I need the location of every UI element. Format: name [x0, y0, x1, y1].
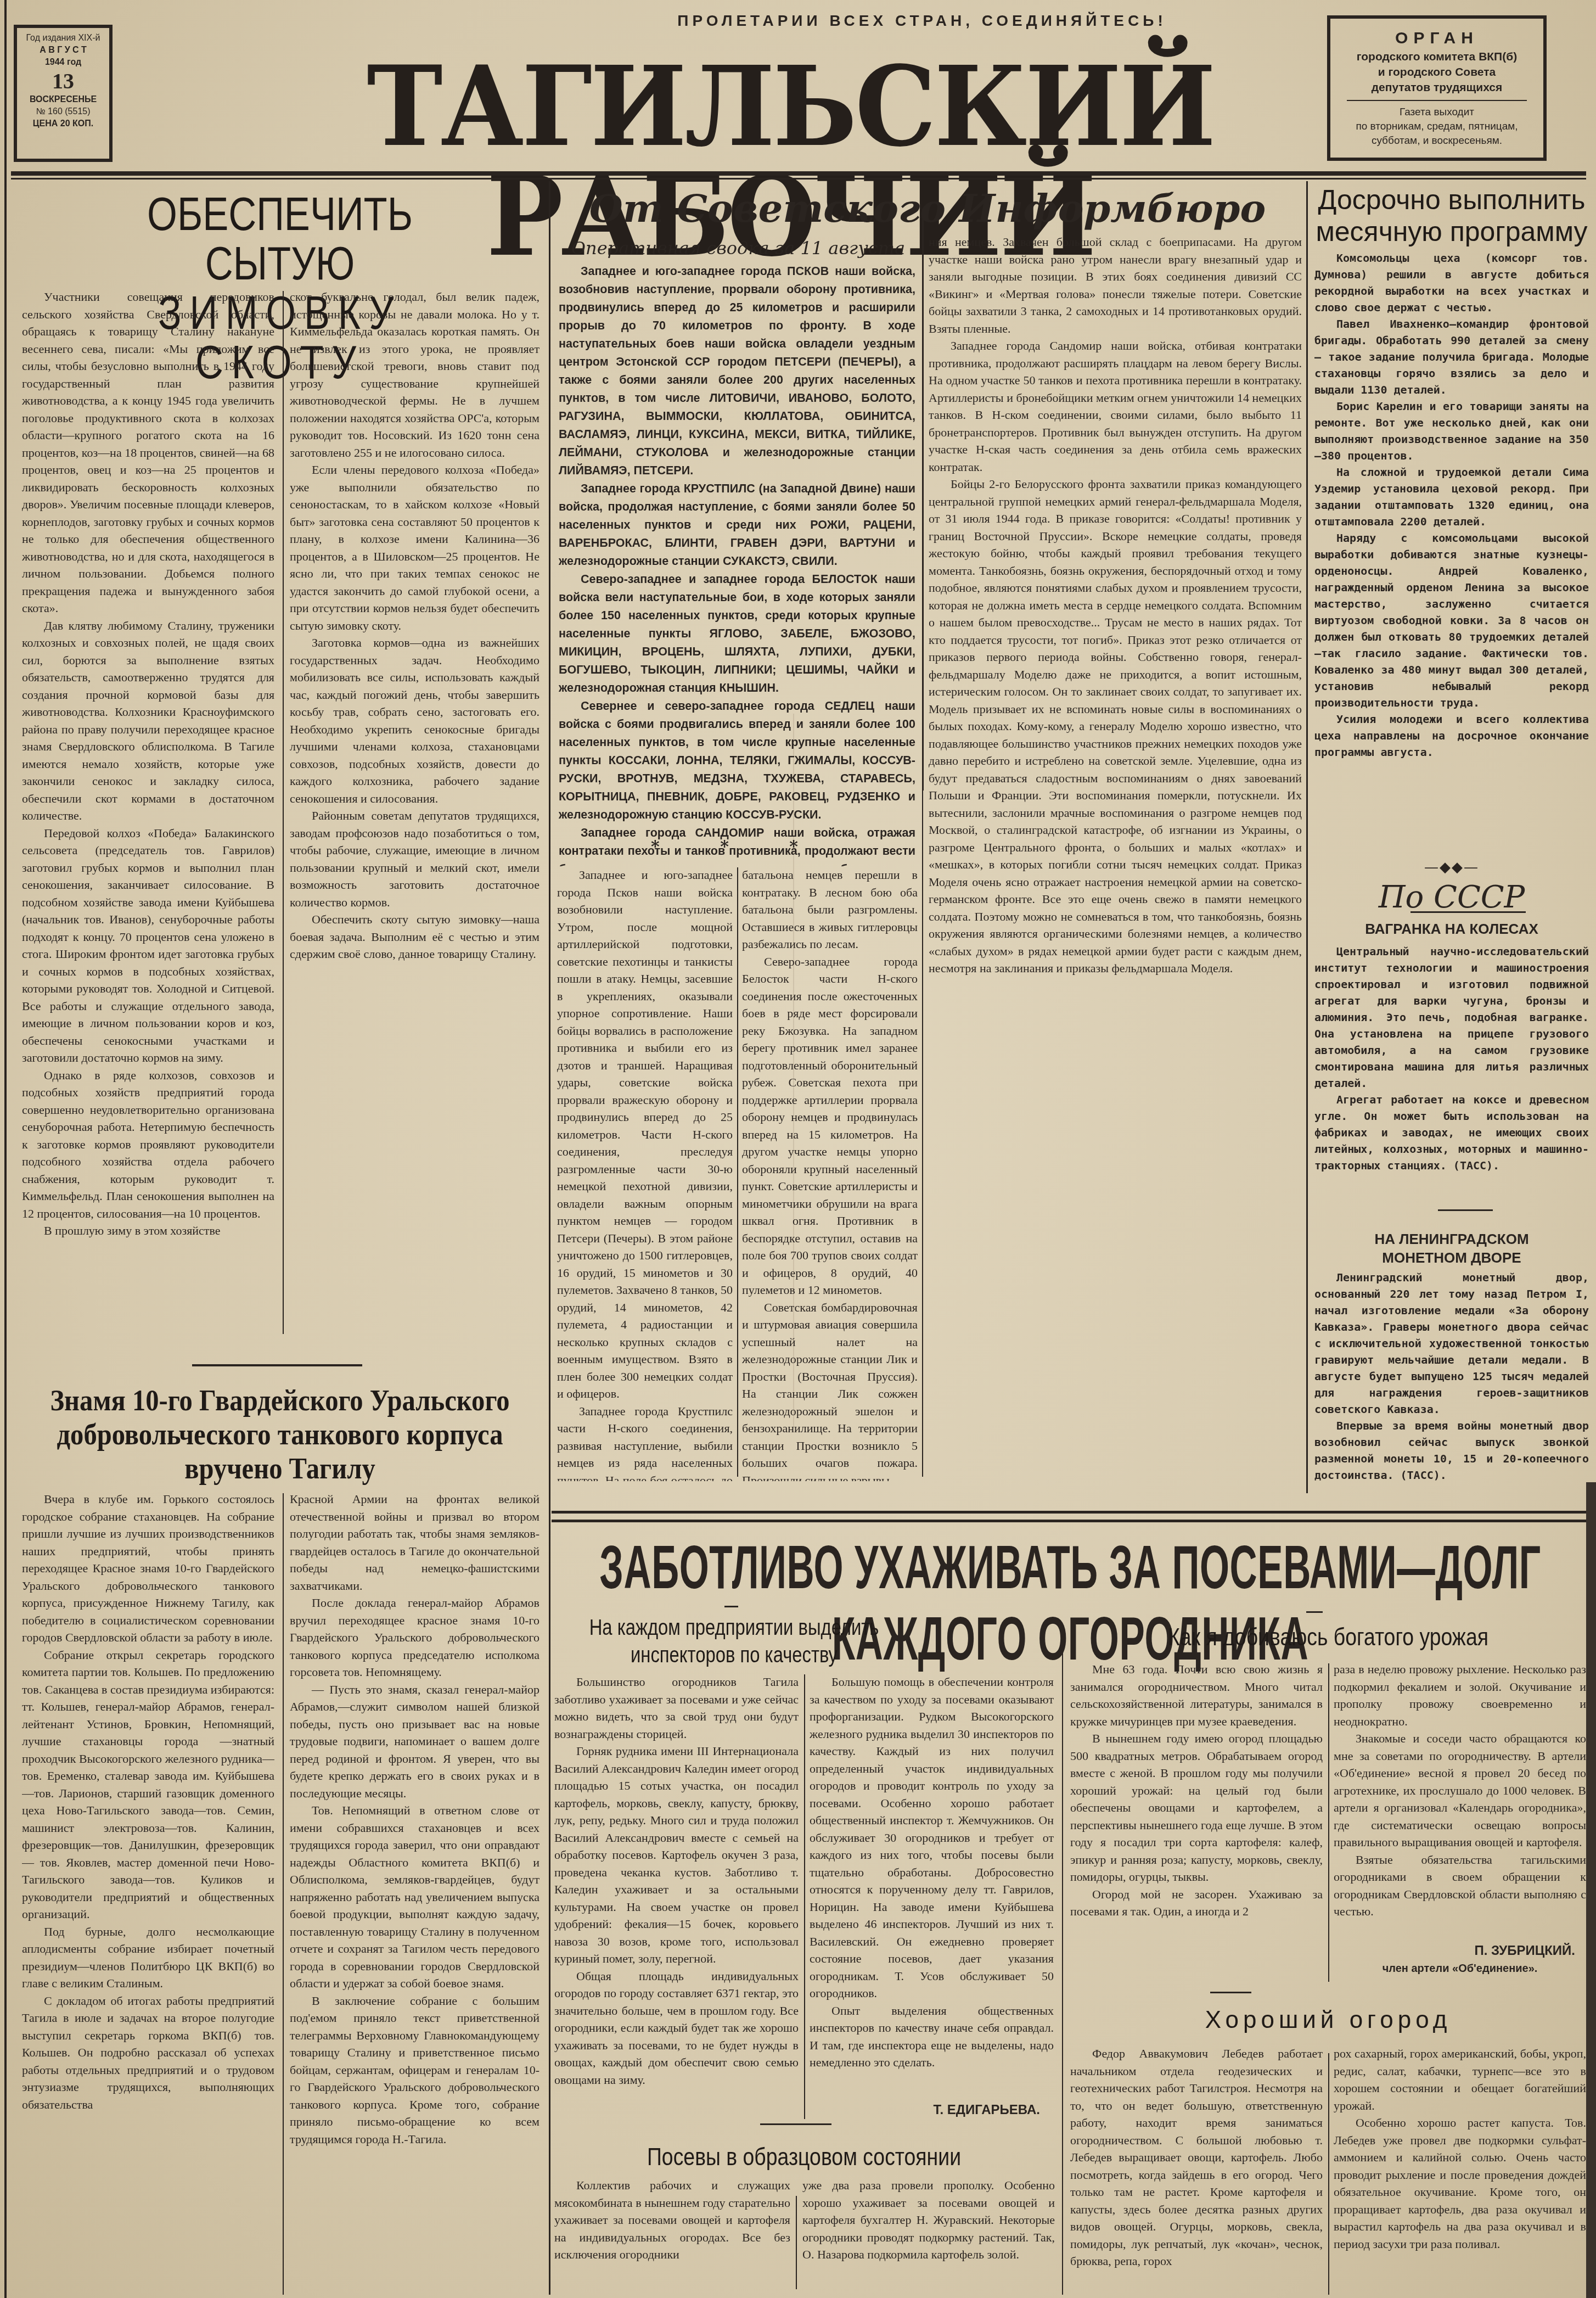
- guards-column-1: Вчера в клубе им. Горького состоялось го…: [22, 1490, 274, 2292]
- publisher-box: ОРГАН городского комитета ВКП(б) и город…: [1327, 15, 1547, 161]
- schedule-days: по вторникам, средам, пятницам, субботам…: [1336, 120, 1538, 148]
- ussr-item-1-title: ВАГРАНКА НА КОЛЕСАХ: [1314, 920, 1589, 938]
- guards-headline-line-3: вручено Тагилу: [48, 1451, 512, 1486]
- harvest-headline: Как я добиваюсь богатого урожая: [1106, 1622, 1550, 1653]
- inspectors-headline: На каждом предприятии выделить инспектор…: [585, 1614, 884, 1669]
- sovinform-column-c: ния немцев. Захвачен большой склад с бое…: [929, 233, 1302, 1479]
- issue-day: 13: [19, 69, 107, 94]
- paragraph: Бойцы 2-го Белорусского фронта захватили…: [929, 475, 1302, 977]
- inspectors-author: Т. ЕДИГАРЬЕВА.: [810, 2103, 1040, 2118]
- garden-column-1: Федор Аввакумович Лебедев работает начал…: [1070, 2045, 1323, 2295]
- garden-headline: Хороший огород: [1067, 2004, 1589, 2037]
- paragraph: Коллектив рабочих и служащих мясокомбина…: [554, 2177, 790, 2263]
- paragraph: Собрание открыл секретарь городского ком…: [22, 1646, 274, 1923]
- sovinform-headline: От Советского Информбюро: [554, 184, 1301, 233]
- livestock-headline-line-1: ОБЕСПЕЧИТЬ СЫТУЮ: [69, 189, 492, 288]
- column-rule: [549, 181, 550, 1493]
- paragraph: Большую помощь в обеспечении контроля за…: [810, 1673, 1054, 2002]
- paragraph: Тов. Непомнящий в ответном слове от имен…: [290, 1802, 540, 1992]
- issue-price: ЦЕНА 20 КОП.: [19, 118, 107, 130]
- guards-headline-line-2: добровольческого танкового корпуса: [48, 1417, 512, 1451]
- inspectors-headline-line-1: На каждом предприятии выделить: [585, 1614, 884, 1641]
- ussr-item-2-title: НА ЛЕНИНГРАДСКОМ МОНЕТНОМ ДВОРЕ: [1314, 1230, 1589, 1267]
- paragraph: Усилия молодежи и всего коллектива цеха …: [1314, 711, 1589, 760]
- section-divider: [1210, 1992, 1251, 1993]
- issue-year: 1944 год: [19, 57, 107, 69]
- column-rule: [1328, 2053, 1329, 2295]
- column-rule: [804, 1674, 805, 2119]
- column-rule: [796, 2196, 797, 2289]
- paragraph: Западнее и юго-западнее города Псков наш…: [557, 866, 733, 1403]
- paragraph: Западнее города Крустпилс части Н-ского …: [557, 1403, 733, 1482]
- paragraph: Вчера в клубе им. Горького состоялось го…: [22, 1490, 274, 1646]
- paragraph: Особенно хорошо растет капуста. Тов. Леб…: [1334, 2114, 1586, 2252]
- ussr-item-1-body: Центральный научно-исследовательский инс…: [1314, 943, 1589, 1207]
- bulletin-paragraph: Западнее города КРУСТПИЛС (на Западной Д…: [559, 480, 915, 570]
- sovinform-column-b: батальона немцев перешли в контратаку. В…: [742, 866, 918, 1481]
- paragraph: Агрегат работает на коксе и древесном уг…: [1314, 1091, 1589, 1174]
- paragraph: После доклада генерал-майор Абрамов вруч…: [290, 1594, 540, 1681]
- inspectors-column-2: Большую помощь в обеспечении контроля за…: [810, 1673, 1054, 2082]
- sowings-column-1: Коллектив рабочих и служащих мясокомбина…: [554, 2177, 790, 2295]
- issue-date-box: Год издания XIX-й А В Г У С Т 1944 год 1…: [14, 25, 113, 162]
- paragraph: ния немцев. Захвачен большой склад с бое…: [929, 233, 1302, 337]
- paragraph: Федор Аввакумович Лебедев работает начал…: [1070, 2045, 1323, 2270]
- paragraph: Большинство огородников Тагила заботливо…: [554, 1673, 799, 1742]
- masthead-slogan: ПРОЛЕТАРИИ ВСЕХ СТРАН, СОЕДИНЯЙТЕСЬ!: [648, 12, 1196, 30]
- paragraph: Опыт выделения общественных инспекторов …: [810, 2002, 1054, 2071]
- monthly-headline: Досрочно выполнить месячную программу: [1314, 184, 1589, 248]
- harvest-author-title: член артели «Об'единение».: [1334, 1963, 1586, 1975]
- paragraph: В нынешнем году имею огород площадью 500…: [1070, 1730, 1323, 1886]
- sovinform-subheadline: Оперативная сводка за 11 августа: [554, 237, 922, 259]
- paragraph: С докладом об итогах работы предприятий …: [22, 1992, 274, 2114]
- paragraph: Районным советам депутатов трудящихся, з…: [290, 807, 540, 911]
- monthly-headline-line-1: Досрочно выполнить: [1314, 184, 1589, 216]
- paragraph: Борис Карелин и его товарищи заняты на р…: [1314, 398, 1589, 464]
- guards-headline-line-1: Знамя 10-го Гвардейского Уральского: [48, 1383, 512, 1417]
- paragraph: Дав клятву любимому Сталину, труженики к…: [22, 617, 274, 825]
- section-divider: [1306, 1611, 1323, 1613]
- column-rule: [283, 291, 284, 1334]
- paragraph: Взятые обязательства тагильскими огородн…: [1334, 1851, 1586, 1920]
- schedule-title: Газета выходит: [1336, 105, 1538, 120]
- stars-separator: * * *: [554, 837, 922, 856]
- paragraph: Впервые за время войны монетный двор воз…: [1314, 1417, 1589, 1483]
- monthly-headline-line-2: месячную программу: [1314, 216, 1589, 248]
- ussr-item-2-title-line-1: НА ЛЕНИНГРАДСКОМ: [1314, 1230, 1589, 1248]
- sovinform-column-a: Западнее и юго-западнее города Псков наш…: [557, 866, 733, 1481]
- garden-column-2: рох сахарный, горох американский, бобы, …: [1334, 2045, 1586, 2295]
- paragraph: Под бурные, долго несмолкающие аплодисме…: [22, 1923, 274, 1992]
- organ-line-3: депутатов трудящихся: [1336, 80, 1538, 96]
- ussr-item-2-body: Ленинградский монетный двор, основанный …: [1314, 1269, 1589, 1483]
- column-rule: [922, 791, 923, 1477]
- banner-rule-bottom: [552, 1520, 1589, 1522]
- guards-column-2: Красной Армии на фронтах великой отечест…: [290, 1490, 540, 2292]
- livestock-column-2: скот буквально голодал, был велик падеж,…: [290, 288, 540, 1342]
- paragraph: Заготовка кормов—одна из важнейших госуд…: [290, 634, 540, 807]
- guards-banner-headline: Знамя 10-го Гвардейского Уральского добр…: [48, 1383, 512, 1486]
- paragraph: — Пусть это знамя, сказал генерал-майор …: [290, 1681, 540, 1802]
- sowings-headline: Посевы в образцовом состоянии: [589, 2141, 1019, 2174]
- paragraph: Павел Ивахненко—командир фронтовой брига…: [1314, 316, 1589, 398]
- paragraph: Если члены передового колхоза «Победа» у…: [290, 461, 540, 634]
- paragraph: скот буквально голодал, был велик падеж,…: [290, 288, 540, 461]
- newspaper-page: Год издания XIX-й А В Г У С Т 1944 год 1…: [0, 0, 1596, 2298]
- paragraph: Участники совещания передовиков сельског…: [22, 288, 274, 617]
- section-divider: [1438, 1209, 1493, 1211]
- column-rule: [737, 867, 738, 1477]
- section-underline: [1410, 911, 1526, 913]
- harvest-author: П. ЗУБРИЦКИЙ.: [1334, 1943, 1575, 1959]
- banner-rule-top: [552, 1511, 1589, 1514]
- paragraph: Знакомые и соседи часто обращаются ко мн…: [1334, 1730, 1586, 1851]
- paragraph: Горняк рудника имени III Интернационала …: [554, 1742, 799, 1968]
- column-rule: [549, 1493, 550, 2295]
- paragraph: Комсомольцы цеха (комсорг тов. Думнова) …: [1314, 250, 1589, 316]
- inspectors-column-1: Большинство огородников Тагила заботливо…: [554, 1673, 799, 2123]
- year-of-issue: Год издания XIX-й: [19, 32, 107, 44]
- bulletin-paragraph: Западнее и юго-западнее города ПСКОВ наш…: [559, 262, 915, 480]
- page-edge-rule: [4, 0, 7, 2298]
- column-rule: [283, 1493, 284, 2295]
- paragraph: раза в неделю провожу рыхление. Нескольк…: [1334, 1661, 1586, 1730]
- paragraph: Красной Армии на фронтах великой отечест…: [290, 1490, 540, 1594]
- paragraph: На сложной и трудоемкой детали Сима Узде…: [1314, 464, 1589, 530]
- livestock-column-1: Участники совещания передовиков сельског…: [22, 288, 274, 1342]
- paragraph: Огород мой не засорен. Ухаживаю за посев…: [1070, 1886, 1323, 1920]
- section-divider: [724, 1606, 738, 1607]
- diamond-ornament-icon: —◆◆—: [1314, 859, 1589, 876]
- ussr-item-2-title-line-2: МОНЕТНОМ ДВОРЕ: [1314, 1248, 1589, 1267]
- masthead-rule-thick: [11, 171, 1586, 176]
- organ-label: ОРГАН: [1336, 27, 1538, 49]
- paragraph: Ленинградский монетный двор, основанный …: [1314, 1269, 1589, 1417]
- paragraph: рох сахарный, горох американский, бобы, …: [1334, 2045, 1586, 2114]
- paragraph: уже два раза провели прополку. Особенно …: [802, 2177, 1055, 2263]
- organ-line-1: городского комитета ВКП(б): [1336, 49, 1538, 65]
- column-rule: [922, 209, 924, 791]
- sowings-column-2: уже два раза провели прополку. Особенно …: [802, 2177, 1055, 2295]
- monthly-body: Комсомольцы цеха (комсорг тов. Думнова) …: [1314, 250, 1589, 848]
- paragraph: В прошлую зиму в этом хозяйстве: [22, 1222, 274, 1240]
- column-rule: [1306, 181, 1308, 1493]
- bulletin-paragraph: Севернее и северо-западнее города СЕДЛЕЦ…: [559, 697, 915, 824]
- paragraph: В заключение собрание с большим под'емом…: [290, 1992, 540, 2148]
- issue-number: № 160 (5515): [19, 106, 107, 118]
- page-edge-shadow: [1586, 1482, 1596, 2298]
- column-rule: [1062, 1625, 1063, 2295]
- inspectors-headline-line-2: инспекторов по качеству: [585, 1641, 884, 1669]
- issue-weekday: ВОСКРЕСЕНЬЕ: [19, 94, 107, 106]
- section-divider: [192, 1364, 362, 1366]
- paragraph: Северо-западнее города Белосток части Н-…: [742, 953, 918, 1299]
- paragraph: Западнее города Сандомир наши войска, от…: [929, 337, 1302, 475]
- paragraph: Центральный научно-исследовательский инс…: [1314, 943, 1589, 1091]
- paragraph: Мне 63 года. Почти всю свою жизнь я зани…: [1070, 1661, 1323, 1730]
- section-divider: [760, 2123, 831, 2125]
- paragraph: Наряду с комсомольцами высокой выработки…: [1314, 530, 1589, 711]
- paragraph: Советская бомбардировочная и штурмовая а…: [742, 1299, 918, 1482]
- paragraph: Однако в ряде колхозов, совхозов и подсо…: [22, 1067, 274, 1223]
- harvest-column-2: раза в неделю провожу рыхление. Нескольк…: [1334, 1661, 1586, 1924]
- organ-line-2: и городского Совета: [1336, 65, 1538, 80]
- column-rule: [1328, 1663, 1329, 1982]
- paragraph: батальона немцев перешли в контратаку. В…: [742, 866, 918, 953]
- sovinform-bulletin: Западнее и юго-западнее города ПСКОВ наш…: [559, 262, 915, 866]
- harvest-column-1: Мне 63 года. Почти всю свою жизнь я зани…: [1070, 1661, 1323, 1985]
- paragraph: Общая площадь индивидуальных огородов по…: [554, 1968, 799, 2089]
- paragraph: Передовой колхоз «Победа» Балакинского с…: [22, 825, 274, 1067]
- bulletin-paragraph: Северо-западнее и западнее города БЕЛОСТ…: [559, 570, 915, 697]
- issue-month: А В Г У С Т: [19, 44, 107, 57]
- masthead-rule-thin: [11, 178, 1586, 180]
- banner-headline-wrap: ЗАБОТЛИВО УХАЖИВАТЬ ЗА ПОСЕВАМИ—ДОЛГ КАЖ…: [552, 1532, 1589, 1603]
- paragraph: Обеспечить скоту сытую зимовку—наша боев…: [290, 911, 540, 963]
- organ-separator: [1347, 100, 1527, 101]
